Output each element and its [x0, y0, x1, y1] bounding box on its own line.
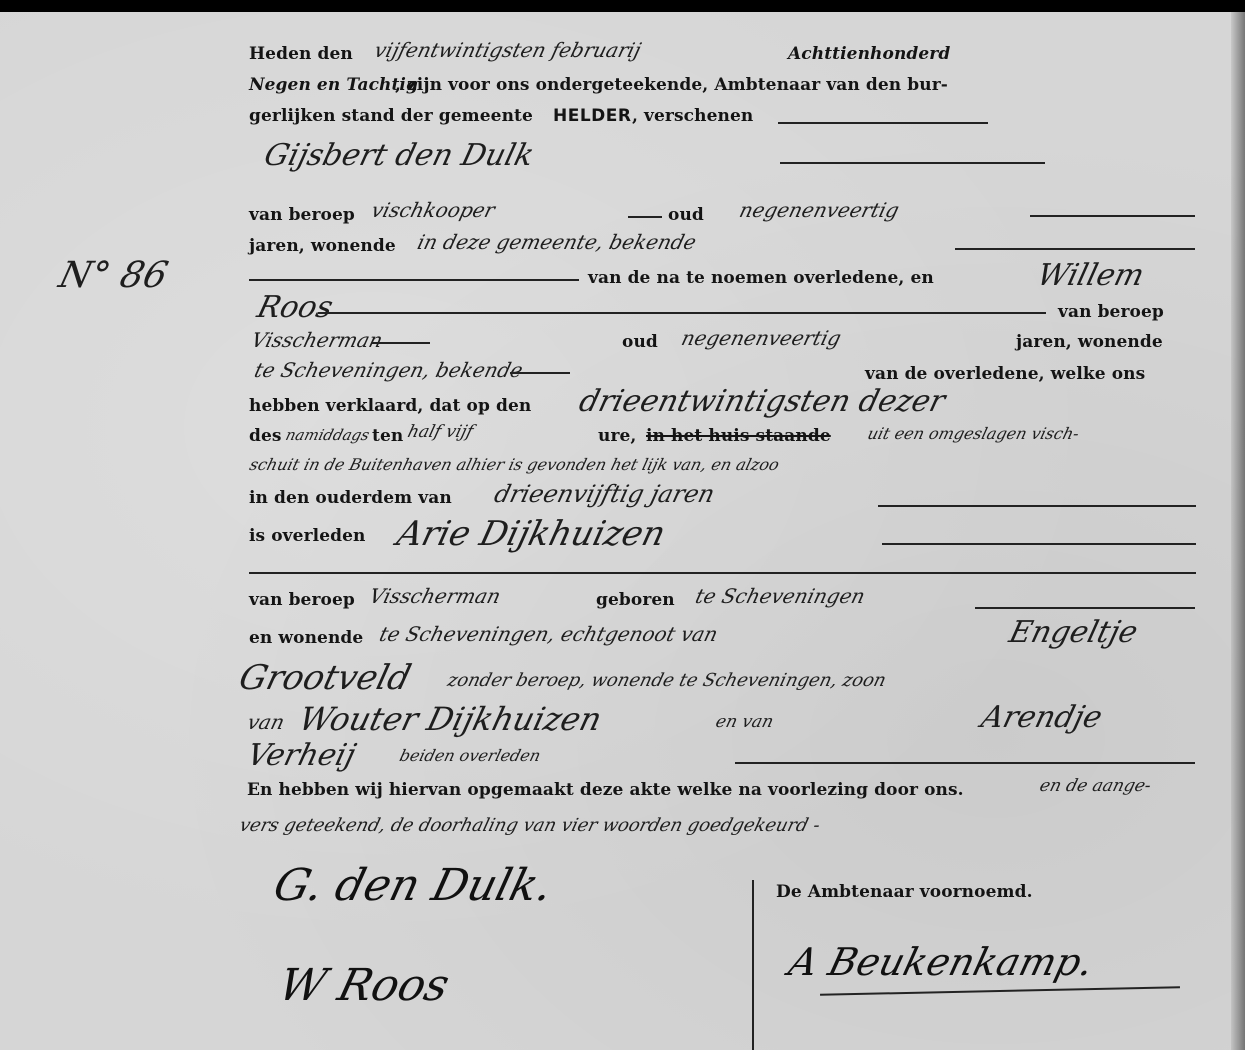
printed-line2: , zijn voor ons ondergeteekende, Ambtena…	[395, 75, 948, 95]
printed-oud: oud	[668, 205, 704, 225]
printed-ure: ure,	[598, 426, 636, 446]
rule-line	[510, 372, 570, 374]
printed-struck-text: in het huis staande	[646, 426, 831, 446]
page-edge-shadow	[1231, 12, 1245, 1050]
spouse-last-name: Grootveld	[235, 658, 415, 698]
rule-line	[1030, 215, 1195, 217]
time-of-day: namiddags	[284, 426, 372, 444]
printed-van-beroep: van beroep	[249, 205, 355, 225]
deceased-occupation: Visscherman	[367, 584, 503, 608]
declarant1-name: Gijsbert den Dulk	[261, 138, 538, 173]
parents-status: beiden overleden	[398, 746, 543, 765]
rule-line	[372, 342, 430, 344]
deceased-age: drieenvijftig jaren	[492, 480, 718, 508]
spouse-info: zonder beroep, wonende te Scheveningen, …	[445, 670, 888, 691]
signature-declarant2: W Roos	[274, 960, 455, 1011]
marginal-note-b: vers geteekend, de doorhaling van vier w…	[237, 815, 822, 836]
municipality-name: HELDER	[553, 106, 632, 126]
printed-year-a: Achttienhonderd	[788, 44, 950, 64]
printed-en-wonende: en wonende	[249, 628, 363, 648]
residence: te Scheveningen, echtgenoot van	[377, 622, 720, 646]
declarant2-occupation: Visscherman	[249, 328, 385, 352]
declarant2-first-name: Willem	[1034, 258, 1148, 293]
printed-geboren: geboren	[596, 590, 675, 610]
record-number: N° 86	[55, 255, 172, 296]
declarant2-last-name: Roos	[254, 290, 337, 325]
printed-oud-2: oud	[622, 332, 658, 352]
rule-line	[975, 607, 1195, 609]
place-of-death: uit een omgeslagen visch-	[866, 424, 1082, 443]
rule-line	[955, 248, 1195, 250]
place-of-death-continued: schuit in de Buitenhaven alhier is gevon…	[248, 455, 782, 474]
mother-last-name: Verheij	[244, 738, 360, 773]
time: half vijf	[406, 422, 476, 442]
official-label: De Ambtenaar voornoemd.	[776, 882, 1033, 902]
printed-ouderdem: in den ouderdem van	[249, 488, 452, 508]
birthplace: te Scheveningen	[693, 584, 868, 608]
printed-van-beroep-2: van beroep	[1058, 302, 1164, 322]
rule-line	[882, 543, 1196, 545]
mother-first-name: Arendje	[978, 700, 1106, 735]
declarant1-age: negenenveertig	[737, 198, 902, 222]
printed-is-overleden: is overleden	[249, 526, 365, 546]
signature-declarant1: G. den Dulk.	[269, 860, 558, 911]
signature-official: A Beukenkamp.	[785, 940, 1098, 984]
printed-closing-statement: En hebben wij hiervan opgemaakt deze akt…	[247, 780, 964, 800]
declarant2-residence: te Scheveningen, bekende	[252, 358, 525, 382]
rule-line	[778, 122, 988, 124]
printed-line3: gerlijken stand der gemeente	[249, 106, 533, 126]
printed-verschenen: , verschenen	[632, 106, 753, 126]
father-prefix: van	[245, 710, 287, 734]
death-day: drieentwintigsten dezer	[576, 384, 949, 419]
printed-year-b: Negen en Tachtig	[249, 75, 418, 95]
printed-van-de-overledene: van de overledene, welke ons	[865, 364, 1145, 384]
father-name: Wouter Dijkhuizen	[295, 700, 605, 738]
rule-line	[735, 762, 1195, 764]
signature-brace	[752, 880, 754, 1050]
printed-van-beroep-3: van beroep	[249, 590, 355, 610]
marginal-note-a: en de aange-	[1038, 776, 1154, 796]
rule-line	[249, 572, 1196, 574]
rule-line	[628, 216, 662, 218]
rule-line	[318, 312, 1046, 314]
declarant1-residence: in deze gemeente, bekende	[415, 230, 699, 254]
printed-na-te-noemen: van de na te noemen overledene, en	[588, 268, 934, 288]
printed-jaren-wonende: jaren, wonende	[249, 236, 396, 256]
rule-line	[878, 505, 1196, 507]
declarant1-occupation: vischkooper	[369, 198, 497, 222]
printed-hebben-verklaard: hebben verklaard, dat op den	[249, 396, 531, 416]
rule-line	[780, 162, 1045, 164]
printed-jaren-wonende-2: jaren, wonende	[1016, 332, 1163, 352]
deceased-name: Arie Dijkhuizen	[393, 514, 669, 554]
spouse-first-name: Engeltje	[1006, 615, 1142, 650]
printed-heden-den: Heden den	[249, 44, 353, 64]
printed-des: des	[249, 426, 282, 446]
declarant2-age: negenenveertig	[679, 326, 844, 350]
handwritten-date-day: vijfentwintigsten februarij	[372, 38, 644, 62]
rule-line	[249, 279, 579, 281]
mother-prefix: en van	[714, 712, 776, 732]
printed-ten: ten	[372, 426, 403, 446]
